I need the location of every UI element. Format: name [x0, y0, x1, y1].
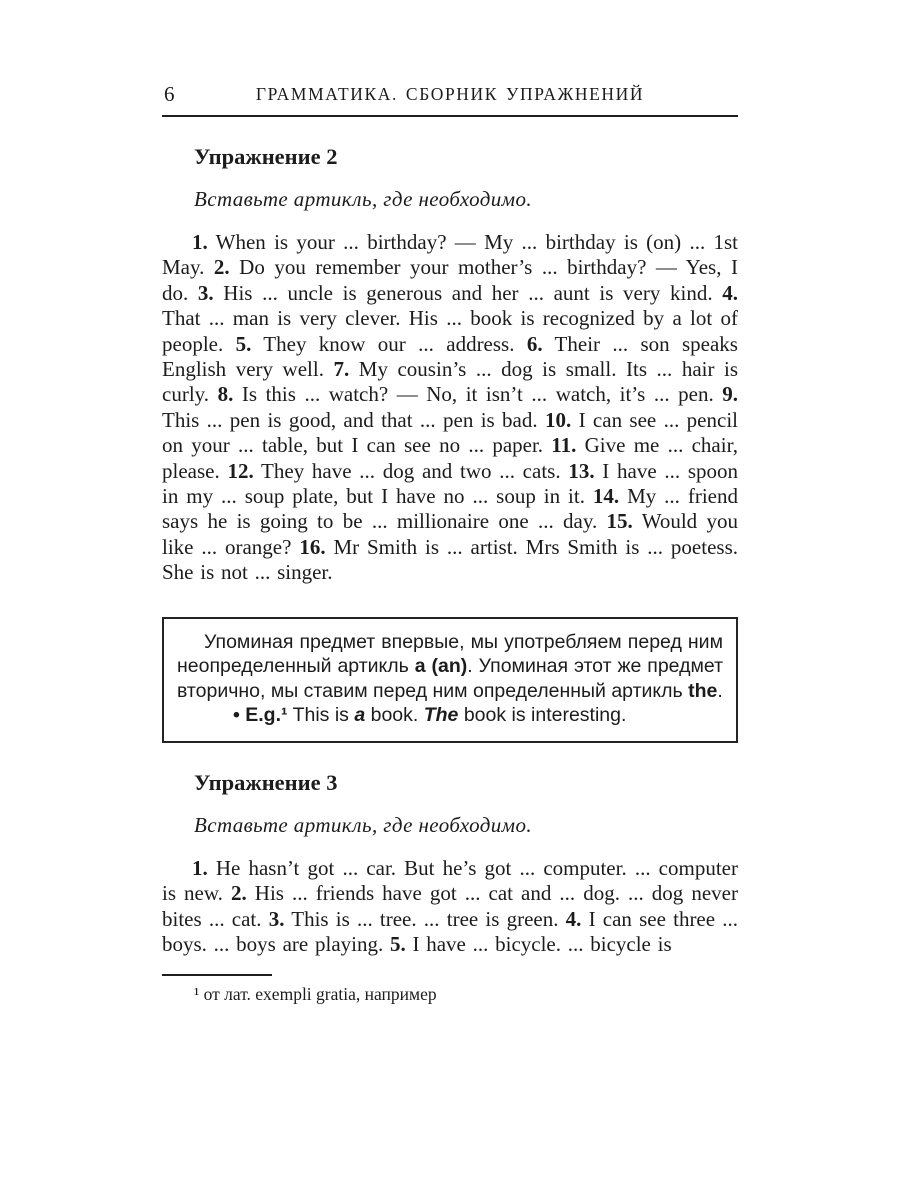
- exercise2-body: 1. When is your ... birthday? — My ... b…: [162, 230, 738, 586]
- footnote-rule: [162, 974, 272, 976]
- footnote-text: ¹ от лат. exempli gratia, например: [194, 984, 738, 1005]
- grammar-note-example: • E.g.¹ This is a book. The book is inte…: [177, 703, 723, 728]
- page-content-column: 6 ГРАММАТИКА. СБОРНИК УПРАЖНЕНИЙ Упражне…: [162, 0, 738, 1005]
- exercise3-title: Упражнение 3: [194, 770, 738, 796]
- running-head-title: ГРАММАТИКА. СБОРНИК УПРАЖНЕНИЙ: [162, 82, 738, 105]
- exercise2-instruction: Вставьте артикль, где необходимо.: [194, 187, 738, 212]
- book-page: 6 ГРАММАТИКА. СБОРНИК УПРАЖНЕНИЙ Упражне…: [0, 0, 900, 1200]
- grammar-note-text: Упоминая предмет впервые, мы употребляем…: [177, 630, 723, 704]
- running-head: 6 ГРАММАТИКА. СБОРНИК УПРАЖНЕНИЙ: [162, 82, 738, 106]
- exercise3-body: 1. He hasn’t got ... car. But he’s got .…: [162, 856, 738, 958]
- page-number: 6: [164, 82, 175, 107]
- grammar-note-box: Упоминая предмет впервые, мы употребляем…: [162, 617, 738, 743]
- exercise2-title: Упражнение 2: [194, 144, 738, 170]
- exercise3-instruction: Вставьте артикль, где необходимо.: [194, 813, 738, 838]
- running-head-rule: [162, 115, 738, 117]
- footnote: ¹ от лат. exempli gratia, например: [162, 974, 738, 1005]
